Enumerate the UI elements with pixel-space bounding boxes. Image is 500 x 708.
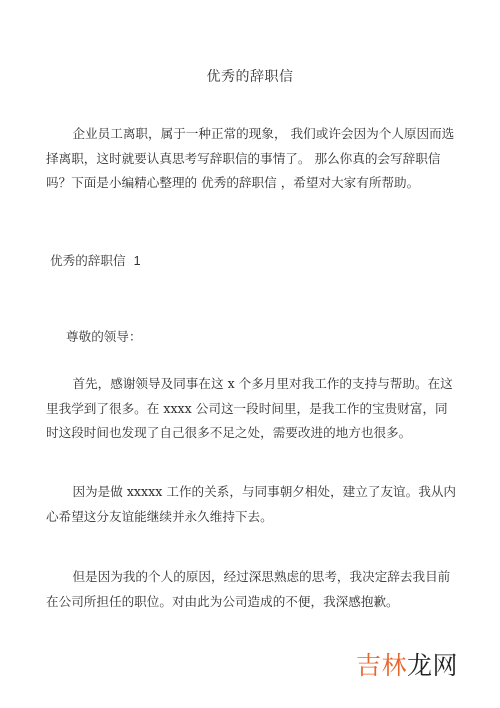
body-paragraph-2: 因为是做 xxxxx 工作的关系，与同事朝夕相处，建立了友谊。我从内心希望这分友… <box>46 480 456 529</box>
document-page: 优秀的辞职信 企业员工离职，属于一种正常的现象， 我们或许会因为个人原因而选择离… <box>0 0 500 708</box>
intro-paragraph: 企业员工离职，属于一种正常的现象， 我们或许会因为个人原因而选择离职，这时就要认… <box>46 122 456 196</box>
salutation: 尊敬的领导： <box>66 326 142 345</box>
section-heading-label: 优秀的辞职信 <box>50 253 126 268</box>
site-watermark-logo: 吉林龙网 <box>356 646 458 682</box>
body-paragraph-3: 但是因为我的个人的原因，经过深思熟虑的思考，我决定辞去我目前在公司所担任的职位。… <box>46 565 456 614</box>
section-heading: 优秀的辞职信1 <box>50 250 141 269</box>
document-title: 优秀的辞职信 <box>0 66 500 86</box>
watermark-accent-text: 吉林 <box>356 651 407 680</box>
watermark-dark-text: 龙网 <box>407 651 458 680</box>
section-heading-number: 1 <box>134 254 141 268</box>
body-paragraph-1: 首先，感谢领导及同事在这 x 个多月里对我工作的支持与帮助。在这里我学到了很多。… <box>46 372 456 446</box>
